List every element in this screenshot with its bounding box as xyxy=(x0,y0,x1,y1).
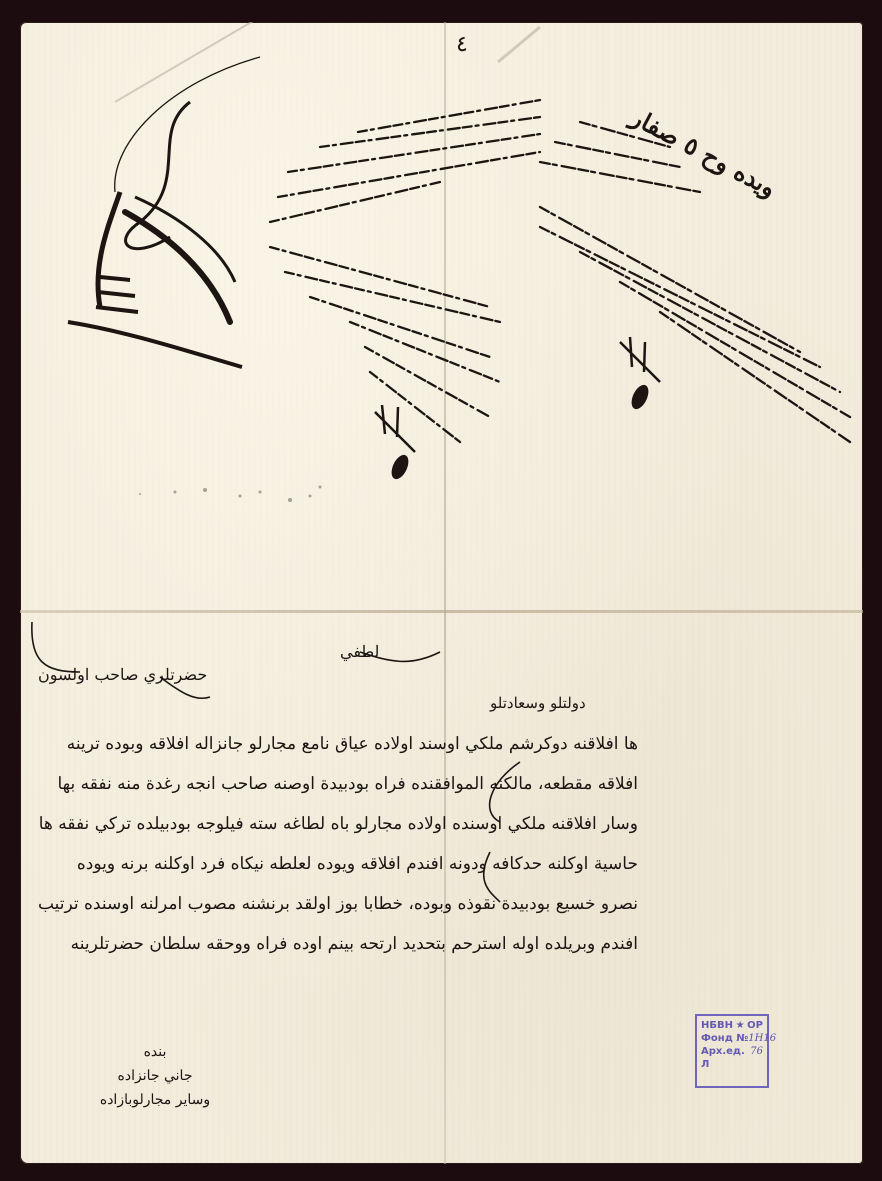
signoff-block: بنده جاني جانزاده وساير مجارلوبازاده xyxy=(75,1040,235,1112)
signoff-line: وساير مجارلوبازاده xyxy=(75,1088,235,1112)
stamp-arch-value: 76 xyxy=(750,1045,763,1058)
stamp-section-code: ОР xyxy=(747,1019,763,1032)
signoff-line: بنده xyxy=(75,1040,235,1064)
stamp-arch-label: Арх.ед. xyxy=(701,1045,745,1058)
body-line: ها افلاقنه دوكرشم ملكي اوسند اولاده عياق… xyxy=(38,734,638,754)
stamp-fond-value: 1Н16 xyxy=(748,1032,776,1045)
body-line: افندم وبريلده اوله استرحم بتحديد ارتحه ب… xyxy=(38,934,638,954)
document-sheet: ٤ ويده وح ٥ صفار لطفي حضرتلري صاحب اولسو… xyxy=(20,22,863,1164)
body-line: نصرو خسيع بودبيدة نقوذه وبوده، خطابا بوز… xyxy=(38,894,638,914)
stamp-fond-label: Фонд № xyxy=(701,1032,748,1045)
body-line: وسار افلاقنه ملكي اوسنده اولاده مجارلو ب… xyxy=(38,814,638,834)
greeting-line: حضرتلري صاحب اولسون xyxy=(38,665,207,684)
signoff-line: جاني جانزاده xyxy=(75,1064,235,1088)
body-line: افلاقه مقطعه، مالكنه الموافقنده فراه بود… xyxy=(38,774,638,794)
body-title: دولتلو وسعادتلو xyxy=(490,694,586,712)
star-icon: ★ xyxy=(736,1019,745,1032)
stamp-library-code: НБВН xyxy=(701,1019,733,1032)
archive-stamp: НБВН ★ ОР Фонд № 1Н16 Арх.ед. 76 Л xyxy=(695,1014,769,1088)
body-line: حاسية اوكلنه حدكافه ودونه افندم افلاقه و… xyxy=(38,854,638,874)
stamp-sheet-label: Л xyxy=(701,1058,709,1071)
ink-strokes xyxy=(20,22,863,1164)
salutation-top: لطفي xyxy=(340,642,379,661)
page-number: ٤ xyxy=(456,32,468,57)
